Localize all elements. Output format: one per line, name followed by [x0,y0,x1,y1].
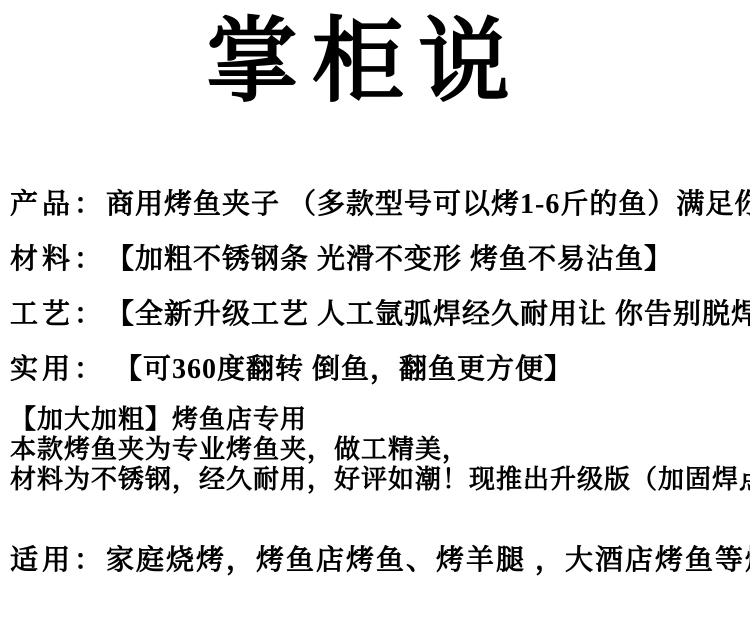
spec-label-practical: 实用： [10,353,106,387]
spec-row-craft: 工艺： 【全新升级工艺 人工氩弧焊经久耐用让 你告别脱焊烦恼】 [10,298,746,332]
description-line-3: 材料为不锈钢，经久耐用，好评如潮！现推出升级版（加固焊点） [10,465,746,495]
spec-value-craft: 【全新升级工艺 人工氩弧焊经久耐用让 你告别脱焊烦恼】 [106,298,750,332]
product-description-page: 掌柜说 产品： 商用烤鱼夹子 （多款型号可以烤1-6斤的鱼）满足你的需求 材料：… [0,0,750,632]
spec-label-craft: 工艺： [10,298,106,332]
description-line-1: 【加大加粗】烤鱼店专用 [10,405,746,435]
usage-label: 适用： [10,544,106,578]
spec-label-product: 产品： [10,188,106,222]
usage-text: 家庭烧烤，烤鱼店烤鱼、烤羊腿 ，大酒店烤鱼等烤鱼 烤肉 [106,544,750,578]
spec-value-practical: 【可360度翻转 倒鱼，翻鱼更方便】 [106,353,573,387]
spec-row-material: 材料： 【加粗不锈钢条 光滑不变形 烤鱼不易沾鱼】 [10,243,746,277]
spec-row-practical: 实用： 【可360度翻转 倒鱼，翻鱼更方便】 [10,353,746,387]
spec-value-material: 【加粗不锈钢条 光滑不变形 烤鱼不易沾鱼】 [106,243,673,277]
spec-value-product: 商用烤鱼夹子 （多款型号可以烤1-6斤的鱼）满足你的需求 [106,188,750,222]
description-block: 【加大加粗】烤鱼店专用 本款烤鱼夹为专业烤鱼夹，做工精美， 材料为不锈钢，经久耐… [10,405,746,495]
page-title: 掌柜说 [0,6,740,118]
spec-row-product: 产品： 商用烤鱼夹子 （多款型号可以烤1-6斤的鱼）满足你的需求 [10,188,746,222]
description-line-2: 本款烤鱼夹为专业烤鱼夹，做工精美， [10,435,746,465]
spec-label-material: 材料： [10,243,106,277]
spec-list: 产品： 商用烤鱼夹子 （多款型号可以烤1-6斤的鱼）满足你的需求 材料： 【加粗… [10,188,746,387]
usage-row: 适用： 家庭烧烤，烤鱼店烤鱼、烤羊腿 ，大酒店烤鱼等烤鱼 烤肉 [10,544,746,578]
